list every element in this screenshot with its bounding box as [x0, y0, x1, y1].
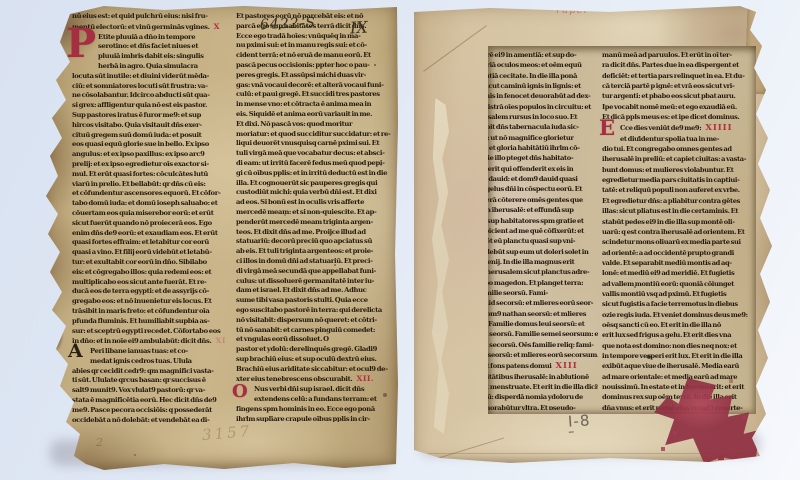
lombard-initial-o: O: [232, 385, 248, 399]
text-line: nō visitabit: dispersum nō queret: et cō…: [236, 316, 398, 326]
manuscript-window: rē: et ascēsorē ei9 in amentiā: et sup d…: [488, 46, 756, 414]
text-line: Brachiū eius ariditate siccabitur: et oc…: [236, 365, 398, 375]
text-line: egredietur media pars ciuitatis in capti…: [602, 175, 754, 185]
faint-margin-number: 3157: [201, 422, 253, 444]
pencil-shelfmark: I-8: [567, 411, 591, 431]
text-line: erit lux sed frigus a gelu. Et erit dies…: [602, 330, 754, 340]
text-line: illas: sicut pliatus est in die certamin…: [602, 206, 754, 216]
text-line: sup brachiū eius: et sup oculū dextrū ei…: [236, 355, 398, 365]
text-line: multiplicabo eos sicut ante fuerāt. Et r…: [72, 278, 232, 288]
text-line: eorū seorsū. Familie domus leui seorsū: …: [488, 319, 598, 329]
handwritten-roman-numeral: IX: [350, 18, 369, 38]
text-line: enim dñs de9 eorū: et exaudiam eos. Et e…: [72, 229, 232, 239]
text-line: viarū in prelio. Et bellabūt: qr dñs cū …: [72, 180, 232, 190]
text-line: nu pximi sui: et in manu regis sui: et c…: [236, 41, 398, 51]
text-line: moriatur: et quod succiditur succidatur:…: [236, 130, 398, 140]
text-line: mul. Et erūt quasi fortes: cōculcātes lu…: [72, 170, 232, 180]
text-line: veniūt contra iherusalē: et effundā sup: [488, 205, 598, 215]
text-line: stata ē magnificētia eorū. Hec dicit dñs…: [72, 396, 232, 406]
text-line: me9. Pasce pecora occisiōis: q possederā…: [72, 406, 232, 416]
left-leaf: nū eius est: et quid pulchrū eius: nisi …: [44, 4, 398, 470]
lombard-initial-a: A: [68, 344, 83, 359]
text-line: morte pmogenij. In die illa magnus erit: [488, 257, 598, 267]
text-line: tra iudā. In die illo pteget dñs habitat…: [488, 153, 598, 163]
text-line: in mense vno: et cōtracta ē anima mea in: [236, 100, 398, 110]
text-line: uarū: q est contra iherusalē ad orientem…: [602, 227, 754, 237]
text-line: ad eos. Si bonū est in oculis vris affer…: [236, 198, 398, 208]
text-line: sū: familie dom9 nathan seorsū: et mlier…: [488, 309, 598, 319]
text-line: Cce dies veniūt de9 me9:XIIII: [602, 122, 754, 133]
text-line: sume tibi vasa pastoris stulti. Quia ecc…: [236, 296, 398, 306]
text-line: in dño: et in noīe ei9 ambulabūt: dicit …: [72, 336, 232, 347]
text-line: sur: et sceptrū egypti recedet. Cōfortab…: [72, 327, 232, 337]
text-line: et cōfundentur ascensores equorū. Et cōf…: [72, 189, 232, 199]
left-text-column-2: Et pastores eorū nō parcebāt eis: et nōp…: [236, 12, 398, 422]
text-line: quasi fortes effraim: et letabitur cor e…: [72, 238, 232, 248]
faint-margin-mark: 2: [96, 436, 103, 449]
text-line: cituū gregem suū domū iuda: et posuit: [72, 131, 232, 141]
text-line: ciū: et somniatores locuti sūt frustra: …: [72, 82, 232, 92]
text-line: eos quasi equū glorie sue in bello. Ex i…: [72, 140, 232, 150]
text-line: oēsq sancti cū eo. Et erit in die illa n…: [602, 320, 754, 330]
chapter-numeral: XII.: [352, 374, 374, 383]
text-line: eis: et cōgregabo illos: quia redemi eos…: [72, 268, 232, 278]
handwritten-inventory-number: 6422-S: [260, 15, 316, 33]
text-line: tabo domū iuda: et domū ioseph saluabo: …: [72, 199, 232, 209]
text-line: ducā eos de terra egypti: et de assyrijs…: [72, 287, 232, 297]
text-line: Et dixi. Nō pascā vos: quod moritur: [236, 120, 398, 130]
text-line: gregabo eos: et nō inuenietur eis locus.…: [72, 297, 232, 307]
text-line: di virgā meā secundā que appellabat funi…: [236, 267, 398, 277]
text-line: exibūt aque viue de iherusalē. Media ear…: [602, 361, 754, 371]
text-line: prelij: et ex ipso egredietur oīs exacto…: [72, 160, 232, 170]
chapter-numeral: XIII: [551, 360, 577, 370]
text-line: pfunda fluminis. Et humiliabit supbia as…: [72, 317, 232, 327]
text-line: ut in pncipio: ut nō magnifice glorietur: [488, 133, 598, 143]
text-line: scindetur mons oliuarū ex media parte su…: [602, 237, 754, 247]
text-line: ego suscitabo pastorē in terra: qui dere…: [236, 306, 398, 316]
text-line: di eam: ut irritū facerē fedus meū quod …: [236, 159, 398, 169]
text-line: mū iuda aperiā oculos meos: et oēm equū: [488, 60, 598, 70]
text-line: In die illa erit fons patens domuiXIII: [488, 360, 598, 371]
text-line: penderūt mercedē meam triginta argen-: [236, 218, 398, 228]
text-line: ne cōsolabantur. Idcirco abducti sūt qua…: [72, 91, 232, 101]
text-line: peccatoris et menstruate. Et erit in die…: [488, 382, 598, 392]
text-line: illa. Et cognouerūt sic pauperes gregis …: [236, 179, 398, 189]
mat-crease-bottom-left: [422, 437, 505, 463]
text-line: eis. Siquidē et anima eorū variauit in m…: [236, 110, 398, 120]
text-line: mon in campo magedon. Et planget terra:: [488, 278, 598, 288]
chapter-numeral: X: [210, 22, 220, 31]
text-line: ad mare orientale: et media earū ad mare: [602, 372, 754, 382]
text-line: terā et ad sinistrā oīes populos in circ…: [488, 102, 598, 112]
text-line: salt9 munit9. Vox vlulat9 pastorū: qr va…: [72, 386, 232, 396]
text-line: sicut fugistis a facie terremotus in die…: [602, 299, 754, 309]
mat-torn-strip: [432, 98, 449, 434]
text-line: dñs exercituū: disperdā nomia ydoloru de: [488, 392, 598, 402]
text-line: cident terrā: et nō eruā de manu eorū. E…: [236, 51, 398, 61]
text-line: xter eius tenebrescens obscurabit.XII.: [236, 374, 398, 385]
text-line: ra dicit dñs. Partes due in ea dispergen…: [602, 60, 754, 70]
text-line: Et egredietur dñs: a pliabitur contra gē…: [602, 196, 754, 206]
text-line: sicut fuerūt quando nō proiecerā eos. Eg…: [72, 219, 232, 229]
text-line: bunt domus: et mulieres violabuntur. Et: [602, 165, 754, 175]
text-line: Peri libane ianuas tuas: et co-: [72, 347, 232, 357]
chapter-numeral: XIIII: [701, 122, 732, 132]
text-line: trāsibit in maris freto: et cōfundentur …: [72, 307, 232, 317]
text-line: peres gregis. Et assūpsi michi duas vir-: [236, 71, 398, 81]
text-line: salē: a saluabit dñs tabernacula iuda si…: [488, 122, 598, 132]
text-line: sicut facē ignis in fenocet deuorabūt ad…: [488, 91, 598, 101]
text-line: custodiūt michi: quia verbū dñi est. Et …: [236, 188, 398, 198]
text-line: terra: et nō morabūtur vltra. Et pseudo-: [488, 403, 598, 410]
text-line: ozie regis iuda. Et veniet dominus deus …: [602, 310, 754, 320]
text-line: rē: et ascēsorē ei9 in amentiā: et sup d…: [488, 50, 598, 60]
text-line: dam et israel. Et dixit dñs ad me. Adhuc: [236, 286, 398, 296]
right-text-column-2: manū meā ad paruulos. Et erūt in oī ter-…: [602, 50, 754, 410]
text-line: res ihrlm. Et erit qui offenderit ex eis…: [488, 164, 598, 174]
mat-crease-top-left: [423, 25, 487, 72]
text-line: ad vallem montiū eorū: quoniā cōiunget: [602, 279, 754, 289]
text-line: Sup pastores iratus ē furor me9: et sup: [72, 111, 232, 121]
text-line: cōuertam eos quia miserebor eorū: et erū…: [72, 209, 232, 219]
text-line: precū. Et aspicient ad me quē cōfixerūt:…: [488, 226, 598, 236]
text-line: tur: et exultabit cor eorū in dño. Sibil…: [72, 258, 232, 268]
text-line: culū: et paui gregē. Et succidi tres pas…: [236, 90, 398, 100]
text-line: dom9 dauid: et gloria habitātiū ihrlm cō…: [488, 143, 598, 153]
ink-specks: [374, 64, 376, 66]
text-line: hircos visitabo. Quia visitauit dñs exer…: [72, 121, 232, 131]
text-line: gi cū oībus pplis: et in irritū deductū …: [236, 169, 398, 179]
text-line: duces iuda sicut caminū ignis in lignis:…: [488, 81, 598, 91]
chapter-numeral: XI: [212, 336, 226, 345]
text-line: cā terciā partē p ignē: et vrā eos sicut…: [602, 81, 754, 91]
text-line: genitū: et dolebūt sup eum ut doleri sol…: [488, 247, 598, 257]
text-line: pastor et ydolū: derelinquēs gregē. Glad…: [236, 345, 398, 355]
lombard-initial-p: P: [66, 28, 96, 60]
text-line: Ecce ego tradā hoīes: vnūquēq in ma-: [236, 32, 398, 42]
text-line: medat ignis cedros tuas. Ulula: [72, 357, 232, 367]
text-line: vallis montiū vsq ad pximū. Et fugietis: [602, 289, 754, 299]
text-line: tatē: et reliquū populi non auferet ex v…: [602, 185, 754, 195]
pencil-shelfmark-number: -8: [573, 411, 591, 430]
text-line: ihrlm suplīare crapule oībus pplis in ci…: [236, 415, 398, 422]
text-line: in die illa querā cōterere omēs gentes q…: [488, 195, 598, 205]
text-line: liqui deuorēt vnusquisq carnē pximi sui.…: [236, 139, 398, 149]
text-line: bitabit iherusalem rursus in loco suo. E…: [488, 112, 598, 122]
text-line: domū dauid sup habitatores spm gratie et: [488, 216, 598, 226]
colored-pigment-specks: [50, 420, 54, 425]
text-line: in tempore vesperi erit lux. Et erit in …: [602, 351, 754, 361]
text-line: statuariū: decorū preciū quo apciatus sū: [236, 237, 398, 247]
text-line: ci illos in domū dñi ad statuariū. Et pr…: [236, 257, 398, 267]
text-line: tur argenti: et pbabo eos sicut pbat aur…: [602, 91, 754, 101]
text-line: ti sūt. Ululate qrcus basan: qr succisus…: [72, 376, 232, 386]
text-line: locuta sūt inutile: et diuini viderūt mē…: [72, 72, 232, 82]
text-line: que nota est domino: non dies neq nox: e…: [602, 341, 754, 351]
left-text-column-1: nū eius est: et quid pulchrū eius: nisi …: [72, 12, 232, 422]
text-line: herbā in agro. Quia simulacra: [72, 62, 232, 72]
text-line: abies qr cecidit cedr9: qm magnifici vas…: [72, 367, 232, 377]
lombard-initial-e: E: [599, 120, 615, 137]
red-stain-specks: [660, 386, 662, 388]
text-line: lie et familie seorsū: et mlieres eorū s…: [488, 350, 598, 360]
text-line: stabūt pedes ei9 in die illa sup montē o…: [602, 217, 754, 227]
text-line: dio tui. Et congregabo omnes gentes ad: [602, 144, 754, 154]
faded-red-inscription: ruper: [556, 5, 589, 16]
text-line: planctus in iherusalem sicut planctus ad…: [488, 267, 598, 277]
text-line: et vngulas eorū dissoluet. O: [236, 335, 398, 345]
text-line: gas: vnā vocaui decorē: et alterā vocaui…: [236, 81, 398, 91]
text-line: valde. Et separabit mediū montis ad aq-: [602, 258, 754, 268]
text-line: manū meā ad paruulos. Et erūt in oī ter-: [602, 50, 754, 60]
text-line: tuli virgā meā que vocabatur decus: et a…: [236, 149, 398, 159]
text-line: culus: ut dissoluerē germanitatē inter i…: [236, 277, 398, 287]
text-line: si grex: affligentur quia nō est eis pas…: [72, 101, 232, 111]
text-line: tū nō sanabit: et carnes pinguiū comedet…: [236, 326, 398, 336]
right-leaf-mat: rē: et ascēsorē ei9 in amentiā: et sup d…: [410, 6, 778, 464]
text-line: mercedē meam: et si non-quiescite. Et ap…: [236, 208, 398, 218]
text-line: angulus: et ex ipso paxillus: ex ipso ar…: [72, 150, 232, 160]
text-line: extendens celū: a fundans terram: et: [236, 395, 398, 405]
text-line: teos. Et dixit dñs ad me. Proijce illud …: [236, 228, 398, 238]
text-line: mlieres eorū secorsū. Oēs familie reliq:…: [488, 340, 598, 350]
ink-specks: [638, 136, 640, 138]
text-line: familie et familie seorsū. Fami-: [488, 288, 598, 298]
text-line: Et dicā ppls meus es: et ipe dicet domin…: [602, 112, 754, 122]
text-line: lie dom9 dauid secorsū: et mlieres eorū …: [488, 298, 598, 308]
text-line: dei: sicut angelus dñi in cōspectu eorū.…: [488, 184, 598, 194]
text-line: dauid et habitātibus iherusalē: in ablut…: [488, 372, 598, 382]
text-line: Nus verbi dñi sup israel. dicit dñs: [236, 385, 398, 395]
text-line: pplorū percutiā cecitate. In die illa po…: [488, 71, 598, 81]
text-line: occidebāt a nō dolebāt: et vendebāt ea d…: [72, 416, 232, 422]
text-line: mlieres eorū seorsū. Familie semei seors…: [488, 329, 598, 339]
text-line: deficiēt: et tertia pars relinquet in ea…: [602, 71, 754, 81]
text-line: die illa quasi dauid: et dom9 dauid quas…: [488, 174, 598, 184]
text-line: lonē: et mediū ei9 ad meridiē. Et fugiet…: [602, 268, 754, 278]
right-text-column-1: rē: et ascēsorē ei9 in amentiā: et sup d…: [488, 50, 598, 410]
text-line: quasi a vino. Et filij eorū videbūt et l…: [72, 248, 232, 258]
text-line: ab eis. Et tuli triginta argenteos: et p…: [236, 247, 398, 257]
text-line: rāt: et plangēt eū planctu quasi sup vni…: [488, 236, 598, 246]
text-line: fingens spm hominis in eo. Ecce ego ponā: [236, 405, 398, 415]
text-line: iherusalē in preliū: et capiet ciuitas: …: [602, 154, 754, 164]
text-line: et diuidentur spolia tua in me-: [602, 134, 754, 144]
text-line: Ipe vocabit nomē meū: et ego exaudiā eū.: [602, 102, 754, 112]
text-line: ad orientē: a ad occidentē prupto grandi: [602, 248, 754, 258]
photo-background: { "description": "Photograph of an early…: [0, 0, 800, 480]
text-line: nū eius est: et quid pulchrū eius: nisi …: [72, 12, 232, 22]
text-line: nouissimū. In estate et in hyeme erit: e…: [602, 382, 754, 392]
